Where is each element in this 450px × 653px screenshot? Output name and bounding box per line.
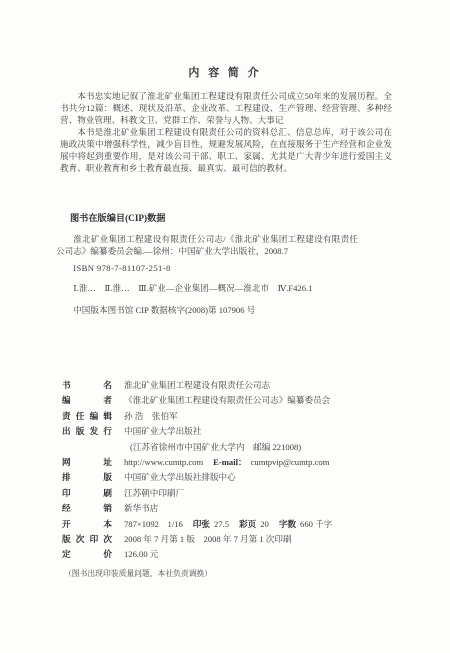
classification-line: Ⅰ.淮… Ⅱ.淮… Ⅲ.矿业—企业集团—概况—淮北市 Ⅳ.F426.1 [56,282,368,295]
colophon-row-edition: 版次印次 2008 年 7 月第 1 版 2008 年 7 月第 1 次印刷 [62,532,398,547]
sheets-label: 印张 [193,517,210,532]
colophon-row-printer: 印刷 江苏朝中印刷厂 [62,486,398,501]
intro-paragraph-2: 本书是淮北矿业集团工程建设有限责任公司的资料总汇、信息总库，对于该公司在施政决策… [60,126,392,174]
colophon-label: 排版 [62,470,112,485]
colophon-label: 编者 [62,393,112,408]
cip-entry: 淮北矿业集团工程建设有限责任公司志/《淮北矿业集团工程建设有限责任公司志》编纂委… [56,233,358,258]
colophon-label: 出版发行 [62,424,112,439]
colophon-label: 开本 [62,517,112,532]
colophon-value: 淮北矿业集团工程建设有限责任公司志 [124,378,270,393]
colophon-row-price: 定价 126.00 元 [62,547,398,562]
website-url: http://www.cumtp.com [124,455,203,470]
colophon-row-responsible-editor: 责任编辑 孙 浩 张伯军 [62,409,398,424]
colophon-value: 江苏朝中印刷厂 [124,486,184,501]
colophon-value: 《淮北矿业集团工程建设有限责任公司志》编纂委员会 [124,393,330,408]
quality-note: （图书出现印装质量问题，本社负责调换） [64,567,398,580]
colophon-row-title: 书名 淮北矿业集团工程建设有限责任公司志 [62,378,398,393]
colophon-value: 孙 浩 张伯军 [124,409,178,424]
colophon-label: 书名 [62,378,112,393]
color-pages-value: 20 [260,517,269,532]
format-value: 787×1092 1/16 [124,517,183,532]
colophon-row-distributor: 经销 新华书店 [62,501,398,516]
colophon-label: 印刷 [62,486,112,501]
colophon-value: (江苏省徐州市中国矿业大学内 邮编 221008) [130,440,301,455]
colophon-label: 责任编辑 [62,409,112,424]
colophon-label: 定价 [62,547,112,562]
colophon-label: 经销 [62,501,112,516]
cip-block: 图书在版编目(CIP)数据 淮北矿业集团工程建设有限责任公司志/《淮北矿业集团工… [56,212,392,316]
colophon-label [62,440,112,455]
colophon-row-editor: 编者 《淮北矿业集团工程建设有限责任公司志》编纂委员会 [62,393,398,408]
colophon-block: 书名 淮北矿业集团工程建设有限责任公司志 编者 《淮北矿业集团工程建设有限责任公… [62,378,398,580]
cip-header: 图书在版编目(CIP)数据 [70,212,392,225]
copyright-page: 内 容 简 介 本书忠实地记叙了淮北矿业集团工程建设有限责任公司成立50年来的发… [0,0,450,653]
colophon-row-website: 网址 http://www.cumtp.com E-mail： cumtpvip… [62,455,398,470]
colophon-value: 新华书店 [124,501,158,516]
colophon-label: 版次印次 [62,532,112,547]
colophon-label: 网址 [62,455,112,470]
intro-paragraph-1: 本书忠实地记叙了淮北矿业集团工程建设有限责任公司成立50年来的发展历程。全书共分… [60,90,392,126]
colophon-row-format: 开本 787×1092 1/16 印张 27.5 彩页 20 字数 660 千字 [62,517,398,532]
word-count-value: 660 千字 [300,517,332,532]
colophon-value: 中国矿业大学出版社排版中心 [124,470,236,485]
email-value: cumtpvip@cumtp.com [251,455,330,470]
isbn-line: ISBN 978-7-81107-251-8 [56,262,392,275]
colophon-row-publisher: 出版发行 中国矿业大学出版社 [62,424,398,439]
intro-title: 内 容 简 介 [0,64,450,80]
colophon-row-typesetting: 排版 中国矿业大学出版社排版中心 [62,470,398,485]
word-count-label: 字数 [279,517,296,532]
colophon-value: 2008 年 7 月第 1 版 2008 年 7 月第 1 次印刷 [124,532,292,547]
sheets-value: 27.5 [214,517,229,532]
color-pages-label: 彩页 [239,517,256,532]
colophon-value: 中国矿业大学出版社 [124,424,201,439]
colophon-value: 126.00 元 [124,547,158,562]
colophon-row-publisher-address: (江苏省徐州市中国矿业大学内 邮编 221008) [62,440,398,455]
email-label: E-mail： [213,455,246,470]
cip-record-line: 中国版本图书馆 CIP 数据核字(2008)第 107906 号 [56,304,392,317]
